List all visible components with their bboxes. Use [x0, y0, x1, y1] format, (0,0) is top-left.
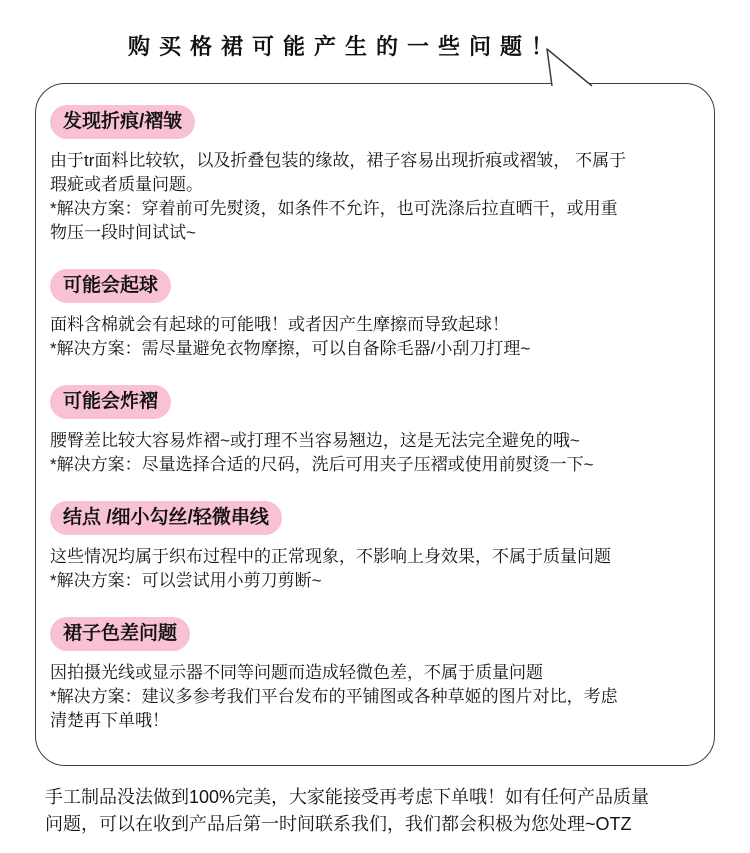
- issue-heading-badge: 可能会起球: [50, 269, 171, 303]
- issue-heading-badge: 裙子色差问题: [50, 617, 190, 651]
- issue-section-color-difference: 裙子色差问题 因拍摄光线或显示器不同等问题而造成轻微色差，不属于质量问题 *解决…: [50, 617, 700, 733]
- issue-section-pilling: 可能会起球 面料含棉就会有起球的可能哦！或者因产生摩擦而导致起球！ *解决方案：…: [50, 269, 700, 361]
- issue-heading-badge: 发现折痕/褶皱: [50, 105, 195, 139]
- footer-note: 手工制品没法做到100%完美，大家能接受再考虑下单哦！如有任何产品质量 问题，可…: [45, 784, 715, 838]
- issue-body: 这些情况均属于织布过程中的正常现象，不影响上身效果，不属于质量问题 *解决方案：…: [50, 545, 700, 593]
- issue-body: 面料含棉就会有起球的可能哦！或者因产生摩擦而导致起球！ *解决方案：需尽量避免衣…: [50, 313, 700, 361]
- page-title: 购买格裙可能产生的一些问题！: [0, 30, 750, 61]
- issue-section-creases: 发现折痕/褶皱 由于tr面料比较软，以及折叠包装的缘故，裙子容易出现折痕或褶皱，…: [50, 105, 700, 245]
- issue-body: 腰臀差比较大容易炸褶~或打理不当容易翘边，这是无法完全避免的哦~ *解决方案：尽…: [50, 429, 700, 477]
- issues-panel: 发现折痕/褶皱 由于tr面料比较软，以及折叠包装的缘故，裙子容易出现折痕或褶皱，…: [35, 83, 715, 766]
- issue-heading-badge: 结点 /细小勾丝/轻微串线: [50, 501, 282, 535]
- product-notice-flyer: 购买格裙可能产生的一些问题！ 发现折痕/褶皱 由于tr面料比较软，以及折叠包装的…: [0, 0, 750, 853]
- issue-body: 由于tr面料比较软，以及折叠包装的缘故，裙子容易出现折痕或褶皱， 不属于 瑕疵或…: [50, 149, 700, 245]
- issue-heading-badge: 可能会炸褶: [50, 385, 171, 419]
- issue-section-pleat-pop: 可能会炸褶 腰臀差比较大容易炸褶~或打理不当容易翘边，这是无法完全避免的哦~ *…: [50, 385, 700, 477]
- speech-bubble-tail-icon: [540, 48, 596, 87]
- issue-body: 因拍摄光线或显示器不同等问题而造成轻微色差，不属于质量问题 *解决方案：建议多参…: [50, 661, 700, 733]
- issue-section-knots-snags: 结点 /细小勾丝/轻微串线 这些情况均属于织布过程中的正常现象，不影响上身效果，…: [50, 501, 700, 593]
